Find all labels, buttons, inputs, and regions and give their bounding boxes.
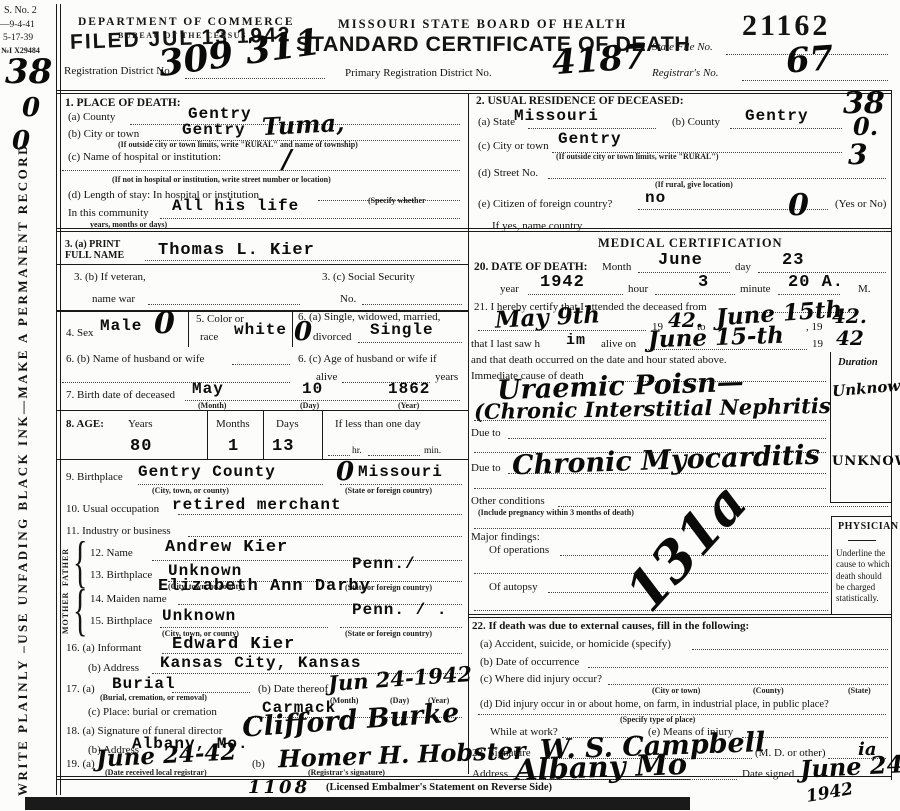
last-saw-label-1: that I last saw h [471, 339, 540, 351]
burial-value: Burial [112, 676, 176, 693]
age-days-value: 13 [272, 438, 294, 456]
attended-from-date: May 9th [494, 303, 600, 333]
last-saw-date: June 15-th [648, 324, 785, 354]
autopsy-label: Of autopsy [489, 582, 538, 594]
external-causes-title: 22. If death was due to external causes,… [472, 621, 749, 633]
dod-month-value: June [658, 252, 703, 270]
birthplace-note: (City, town, or county) [152, 487, 229, 496]
informant-address-label: (b) Address [88, 663, 139, 675]
death-certificate-scan: S. No. 2 —9-4-41 5-17-39 №I X29484 38 0 … [0, 0, 900, 811]
marital-hand: 0 [294, 318, 312, 346]
spouse-dots-2 [62, 382, 290, 383]
registrar-row-label-b: (b) [252, 759, 265, 771]
left-double-line-1 [56, 4, 57, 795]
age-col-divider-1 [207, 411, 208, 459]
external-rule-1 [468, 614, 892, 615]
embalmer-statement: (Licensed Embalmer's Statement on Revers… [326, 782, 552, 793]
marital-label-2: divorced [313, 332, 351, 344]
board-title: MISSOURI STATE BOARD OF HEALTH [338, 18, 627, 32]
physician-box-title: PHYSICIAN [838, 522, 899, 533]
birthplace-dots-1 [138, 484, 323, 485]
registrar-no-value: 67 [785, 40, 835, 80]
age-col-divider-2 [263, 411, 264, 459]
name-country-dots [600, 231, 886, 232]
external-a-dots [692, 649, 888, 650]
physician-title-rule [848, 540, 876, 541]
physician-address-label: Address [472, 769, 508, 781]
birthplace-label: 9. Birthplace [66, 472, 123, 484]
spouse-age-label-1: 6. (c) Age of husband or wife if [298, 354, 437, 366]
operations-label: Of operations [489, 545, 549, 557]
veteran-dots [148, 304, 300, 305]
informant-label: 16. (a) Informant [66, 643, 141, 655]
ssn-label-1: 3. (c) Social Security [322, 272, 415, 284]
burial-place-label: (c) Place: burial or cremation [88, 707, 217, 719]
residence-state-label: (a) State [478, 117, 515, 129]
registrar-no-label: Registrar's No. [652, 68, 719, 80]
citizen-hand: 0 [788, 190, 809, 222]
major-findings-label: Major findings: [471, 532, 540, 544]
citizen-value: no [645, 190, 666, 207]
marital-value: Single [370, 322, 434, 339]
external-c-note-state: (State) [848, 687, 871, 696]
mother-side-label: MOTHER [62, 592, 71, 634]
father-name-label: 12. Name [90, 548, 133, 560]
registrar-no-dots [742, 80, 888, 81]
year3-printed: 19 [812, 339, 823, 351]
age-years-value: 80 [130, 438, 152, 456]
footer-hand-number: 1108 [248, 778, 310, 797]
dod-day-label: day [735, 262, 751, 274]
due-to-label-2: Due to [471, 463, 501, 475]
age-days-label: Days [276, 419, 299, 431]
father-birthplace-label: 13. Birthplace [90, 570, 152, 582]
external-c-note-city: (City or town) [652, 687, 700, 696]
other-conditions-note: (Include pregnancy within 3 months of de… [478, 509, 634, 518]
residence-state-value: Missouri [514, 108, 599, 125]
street-note: (If rural, give location) [655, 181, 733, 190]
residence-hand-0: 0. [853, 114, 878, 140]
left-double-line-2 [60, 4, 61, 795]
age-less-label: If less than one day [335, 419, 421, 431]
ssn-dots [362, 304, 462, 305]
external-c-dots [608, 684, 888, 685]
street-label: (d) Street No. [478, 168, 538, 180]
form-code-1: S. No. 2 [4, 6, 37, 17]
external-b-label: (b) Date of occurrence [480, 657, 579, 669]
industry-dots [188, 536, 462, 537]
immediate-cause-duration: Unknown [831, 377, 900, 400]
community-dots [160, 218, 460, 219]
city-value: Gentry [182, 122, 246, 139]
findings-dots-top [474, 528, 830, 529]
year2-hand: 42. [832, 306, 867, 328]
margin-handwritten-38: 38 [5, 54, 52, 91]
mother-birthplace-label: 15. Birthplace [90, 616, 152, 628]
burial-date-label: (b) Date thereof [258, 684, 328, 696]
birth-year-note: (Year) [398, 402, 419, 411]
residence-city-value: Gentry [558, 131, 622, 148]
dod-minute-dots [778, 294, 840, 295]
residence-city-label: (c) City or town [478, 141, 549, 153]
mother-brace: { [73, 581, 87, 643]
form-code-3: 5-17-39 [3, 33, 33, 43]
marital-dots [358, 342, 462, 343]
due-to-dots-1a [508, 438, 826, 439]
header-rule-2 [56, 93, 892, 94]
age-col-divider-3 [322, 411, 323, 459]
external-rule-2 [468, 617, 892, 618]
sex-col-divider-2 [292, 311, 293, 347]
dod-year-value: 1942 [540, 274, 585, 292]
father-name-value: Andrew Kier [165, 539, 288, 557]
age-months-label: Months [216, 419, 250, 431]
city-handwritten: Tuma, [261, 110, 345, 140]
dod-hour-value: 3 [698, 274, 709, 292]
residence-state-dots [528, 128, 656, 129]
mother-state-value: Penn. / . [352, 602, 447, 619]
dod-year-label: year [500, 284, 519, 296]
duration-col-line [830, 352, 831, 502]
burial-label: 17. (a) [66, 684, 95, 696]
birthplace-hand: 0 [336, 458, 354, 486]
spouse-dots-1 [232, 364, 290, 365]
birth-month-value: May [192, 381, 224, 398]
sex-hand: 0 [154, 308, 175, 340]
duration-box-rule-1 [830, 502, 891, 503]
burial-note: (Burial, cremation, or removal) [100, 694, 207, 703]
due-to-value-2: Chronic Myocarditis [512, 441, 821, 481]
date-signed-hand-year: 1942 [805, 780, 855, 806]
mother-state-note: (State or foreign country) [345, 630, 432, 639]
residence-county-dots [730, 128, 842, 129]
color-label-2: race [200, 332, 218, 344]
due-to-duration-2: UNKNOWN [832, 455, 900, 469]
right-border [891, 90, 892, 780]
physician-address-hand: Albany Mo [515, 749, 688, 786]
age-hr-label: hr. [352, 446, 362, 456]
birth-month-note: (Month) [198, 402, 226, 411]
citizen-label: (e) Citizen of foreign country? [478, 199, 612, 211]
other-conditions-label: Other conditions [471, 496, 545, 508]
color-value: white [234, 322, 287, 339]
mother-birthplace-value: Unknown [162, 608, 236, 625]
hospital-label: (c) Name of hospital or institution: [68, 152, 221, 164]
occupation-label: 10. Usual occupation [66, 504, 159, 516]
mother-name-value: Elizabeth Ann Darby [158, 578, 371, 596]
dod-day-value: 23 [782, 252, 804, 270]
last-saw-typed: im [566, 333, 586, 349]
due-to-label-1: Due to [471, 428, 501, 440]
sex-value: Male [100, 318, 142, 335]
age-min-label: min. [424, 446, 441, 456]
spouse-label: 6. (b) Name of husband or wife [66, 354, 204, 366]
date-signed-label: Date signed [742, 769, 794, 781]
date-of-death-label: 20. DATE OF DEATH: [474, 261, 588, 273]
dod-month-dots [638, 272, 730, 273]
ssn-label-2: No. [340, 294, 356, 306]
street-dots [548, 178, 886, 179]
veteran-label-1: 3. (b) If veteran, [74, 272, 146, 284]
fullname-label-2: FULL NAME [65, 251, 124, 262]
dod-m-label: M. [858, 284, 871, 296]
name-row-rule [56, 264, 468, 265]
physician-note: Underline the cause to which death shoul… [836, 548, 892, 604]
fullname-value: Thomas L. Kier [158, 242, 315, 260]
mother-name-label: 14. Maiden name [90, 594, 167, 606]
father-state-value: Penn./ [352, 556, 416, 573]
registrar-row-label-a: 19. (a) [66, 759, 95, 771]
dod-hour-dots [655, 294, 735, 295]
scan-black-bar [25, 797, 690, 810]
dod-minute-label: minute [740, 284, 771, 296]
external-d-label: (d) Did injury occur in or about home, o… [480, 699, 829, 710]
date-signed-hand: June 24 [799, 751, 900, 782]
mother-state-dots [340, 627, 462, 628]
mother-birthplace-dots [160, 627, 328, 628]
occupation-value: retired merchant [172, 497, 342, 514]
age-row-rule [56, 459, 468, 460]
physician-box-top [831, 516, 891, 517]
birth-day-note: (Day) [300, 402, 319, 411]
dod-month-label: Month [602, 262, 631, 274]
citizen-note: (Yes or No) [835, 199, 886, 211]
birthplace-state-value: Missouri [358, 464, 443, 481]
birth-year-value: 1862 [388, 381, 430, 398]
dod-year-dots [528, 294, 623, 295]
primary-registration-value: 4187 [551, 39, 648, 82]
residence-city-hand: 3 [848, 140, 867, 170]
vertical-instruction: WRITE PLAINLY –USE UNFADING BLACK INK—MA… [16, 90, 30, 796]
residence-county-label: (b) County [672, 117, 720, 129]
age-min-dots [368, 455, 420, 456]
informant-address-value: Kansas City, Kansas [160, 655, 361, 672]
veteran-label-2: name war [92, 294, 135, 306]
place-of-death-title: 1. PLACE OF DEATH: [65, 97, 181, 109]
residence-city-note: (If outside city or town limits, write "… [556, 153, 719, 162]
handwritten-131a: 131a [615, 473, 757, 622]
registration-district-label: Registration District No. [64, 66, 172, 78]
birthplace-dots-2 [340, 484, 462, 485]
sex-label: 4. Sex [66, 328, 94, 340]
father-side-label: FATHER [62, 548, 71, 586]
duration-header: Duration [838, 357, 878, 368]
last-saw-label-2: alive on [601, 339, 636, 351]
state-file-label: State File No. [652, 42, 713, 54]
community-note-2: years, months or days) [90, 221, 167, 230]
name-country-label: If yes, name country [492, 221, 582, 233]
age-years-label: Years [128, 419, 153, 431]
age-label: 8. AGE: [66, 419, 104, 431]
sex-col-divider-1 [188, 311, 189, 347]
residence-county-value: Gentry [745, 108, 809, 125]
community-label: In this community [68, 208, 149, 220]
form-code-2: —9-4-41 [0, 20, 35, 30]
city-note: (If outside city or town limits, write "… [118, 141, 358, 150]
external-b-dots [588, 667, 888, 668]
death-occurred-statement: and that death occurred on the date and … [471, 355, 727, 367]
informant-value: Edward Kier [172, 636, 295, 654]
hospital-dots [62, 170, 460, 171]
external-c-label: (c) Where did injury occur? [480, 674, 602, 686]
external-d-note: (Specify type of place) [620, 716, 695, 725]
external-c-note-county: (County) [753, 687, 784, 696]
age-hr-dots [328, 455, 350, 456]
county-label: (a) County [68, 112, 115, 124]
header-rule-1 [56, 90, 892, 91]
section12-rule-1 [56, 228, 892, 229]
birthplace-state-note: (State or foreign country) [345, 487, 432, 496]
due-to-dots-2b [474, 488, 826, 489]
birth-day-value: 10 [302, 381, 323, 398]
registrar-received-date: June 24-42 [95, 740, 237, 772]
birthplace-value: Gentry County [138, 464, 276, 481]
year3-hand: 42 [836, 328, 864, 350]
dod-hour-label: hour [628, 284, 648, 296]
community-note-1: (Specify whether [368, 197, 426, 206]
hospital-note: (If not in hospital or institution, writ… [112, 176, 331, 185]
community-value: All his life [172, 198, 299, 215]
birthdate-label: 7. Birth date of deceased [66, 390, 175, 402]
residence-title: 2. USUAL RESIDENCE OF DECEASED: [476, 95, 684, 107]
primary-registration-label: Primary Registration District No. [345, 68, 492, 80]
physician-box-left [831, 516, 832, 614]
certificate-number: 21162 [742, 10, 830, 42]
external-a-label: (a) Accident, suicide, or homicide (spec… [480, 639, 671, 651]
spouse-age-note: years [435, 372, 458, 384]
age-months-value: 1 [228, 438, 239, 456]
medical-certification-title: MEDICAL CERTIFICATION [598, 237, 783, 251]
dod-minute-value: 20 A. [788, 274, 844, 292]
